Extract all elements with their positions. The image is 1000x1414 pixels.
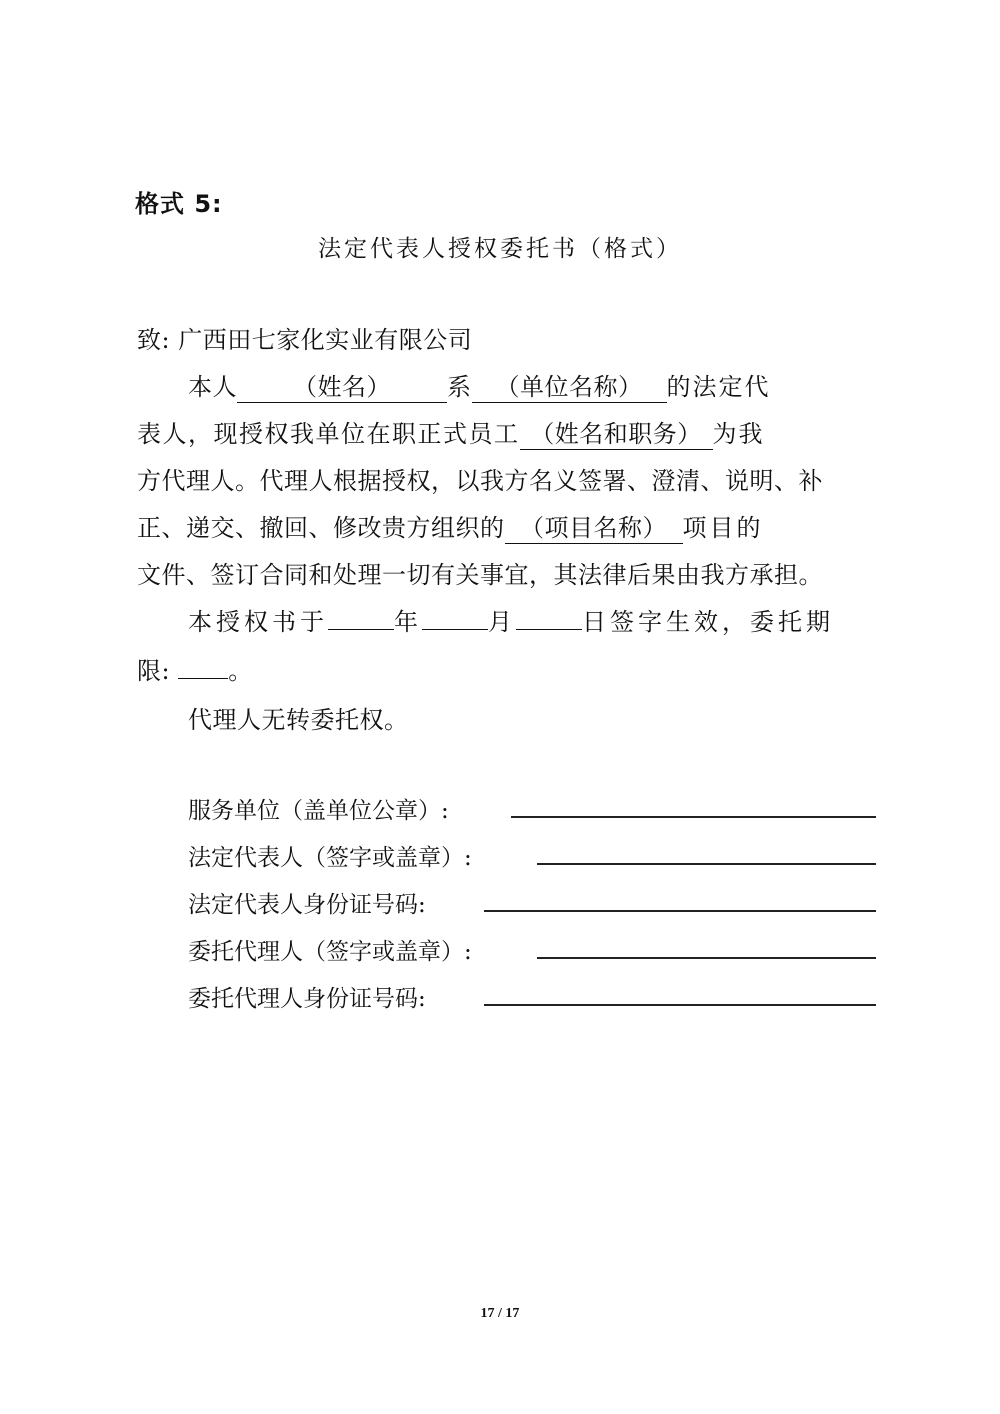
para2-line2: 限: 。 xyxy=(137,651,253,686)
para1-line2: 表人，现授权我单位在职正式员工（姓名和职务）为我 xyxy=(137,414,765,450)
addressee-company: 广西田七家化实业有限公司 xyxy=(178,326,472,354)
para2-line1: 本授权书于年月日签字生效，委托期 xyxy=(188,602,834,637)
text: 年 xyxy=(394,608,422,636)
sig-label-agent-id: 委托代理人身份证号码: xyxy=(188,980,426,1013)
sig-label-legal-rep-id: 法定代表人身份证号码: xyxy=(188,886,426,919)
sig-label-legal-rep: 法定代表人（签字或盖章）: xyxy=(188,839,472,872)
para1-line3: 方代理人。代理人根据授权，以我方名义签署、澄清、说明、补 xyxy=(137,461,823,496)
document-page: 格式 5: 法定代表人授权委托书（格式） 致: 广西田七家化实业有限公司 本人（… xyxy=(0,0,1000,1414)
text: 项目的 xyxy=(683,514,764,542)
text: 月 xyxy=(488,608,516,636)
blank-day-field[interactable] xyxy=(516,629,582,630)
text: 系 xyxy=(447,373,472,401)
sig-line-legal-rep-id[interactable] xyxy=(484,910,876,912)
sig-label-agent: 委托代理人（签字或盖章）: xyxy=(188,933,472,966)
text: 限: xyxy=(137,657,170,685)
text: 本人 xyxy=(188,373,237,401)
para1-line5: 文件、签订合同和处理一切有关事宜，其法律后果由我方承担。 xyxy=(137,555,823,590)
blank-unit-field[interactable]: （单位名称） xyxy=(472,374,667,403)
text: 本授权书于 xyxy=(188,608,328,636)
text: 表人，现授权我单位在职正式员工 xyxy=(137,420,520,448)
text: 日签字生效，委托期 xyxy=(582,608,834,636)
sig-line-agent-id[interactable] xyxy=(484,1004,876,1006)
document-title: 法定代表人授权委托书（格式） xyxy=(318,230,682,263)
blank-project-field[interactable]: （项目名称） xyxy=(505,515,683,544)
blank-year-field[interactable] xyxy=(328,629,394,630)
blank-name-field[interactable]: （姓名） xyxy=(237,374,447,403)
addressee-prefix: 致: xyxy=(137,326,170,354)
sig-label-service-unit: 服务单位（盖单位公章）: xyxy=(188,792,449,825)
text: 。 xyxy=(228,657,253,685)
para1-line1: 本人（姓名）系（单位名称）的法定代 xyxy=(188,367,771,403)
sig-line-agent[interactable] xyxy=(537,957,876,959)
addressee-line: 致: 广西田七家化实业有限公司 xyxy=(137,320,472,355)
blank-name-title-field[interactable]: （姓名和职务） xyxy=(520,421,713,450)
page-number: 17 / 17 xyxy=(0,1306,1000,1322)
para3: 代理人无转委托权。 xyxy=(188,700,409,735)
blank-month-field[interactable] xyxy=(422,629,488,630)
format-heading: 格式 5: xyxy=(135,184,223,219)
sig-line-legal-rep[interactable] xyxy=(537,863,876,865)
text: 为我 xyxy=(713,420,765,448)
text: 的法定代 xyxy=(667,373,771,401)
blank-term-field[interactable] xyxy=(178,678,228,679)
para1-line4: 正、递交、撤回、修改贵方组织的（项目名称）项目的 xyxy=(137,508,764,544)
sig-line-service-unit[interactable] xyxy=(511,816,876,818)
text: 正、递交、撤回、修改贵方组织的 xyxy=(137,514,505,542)
